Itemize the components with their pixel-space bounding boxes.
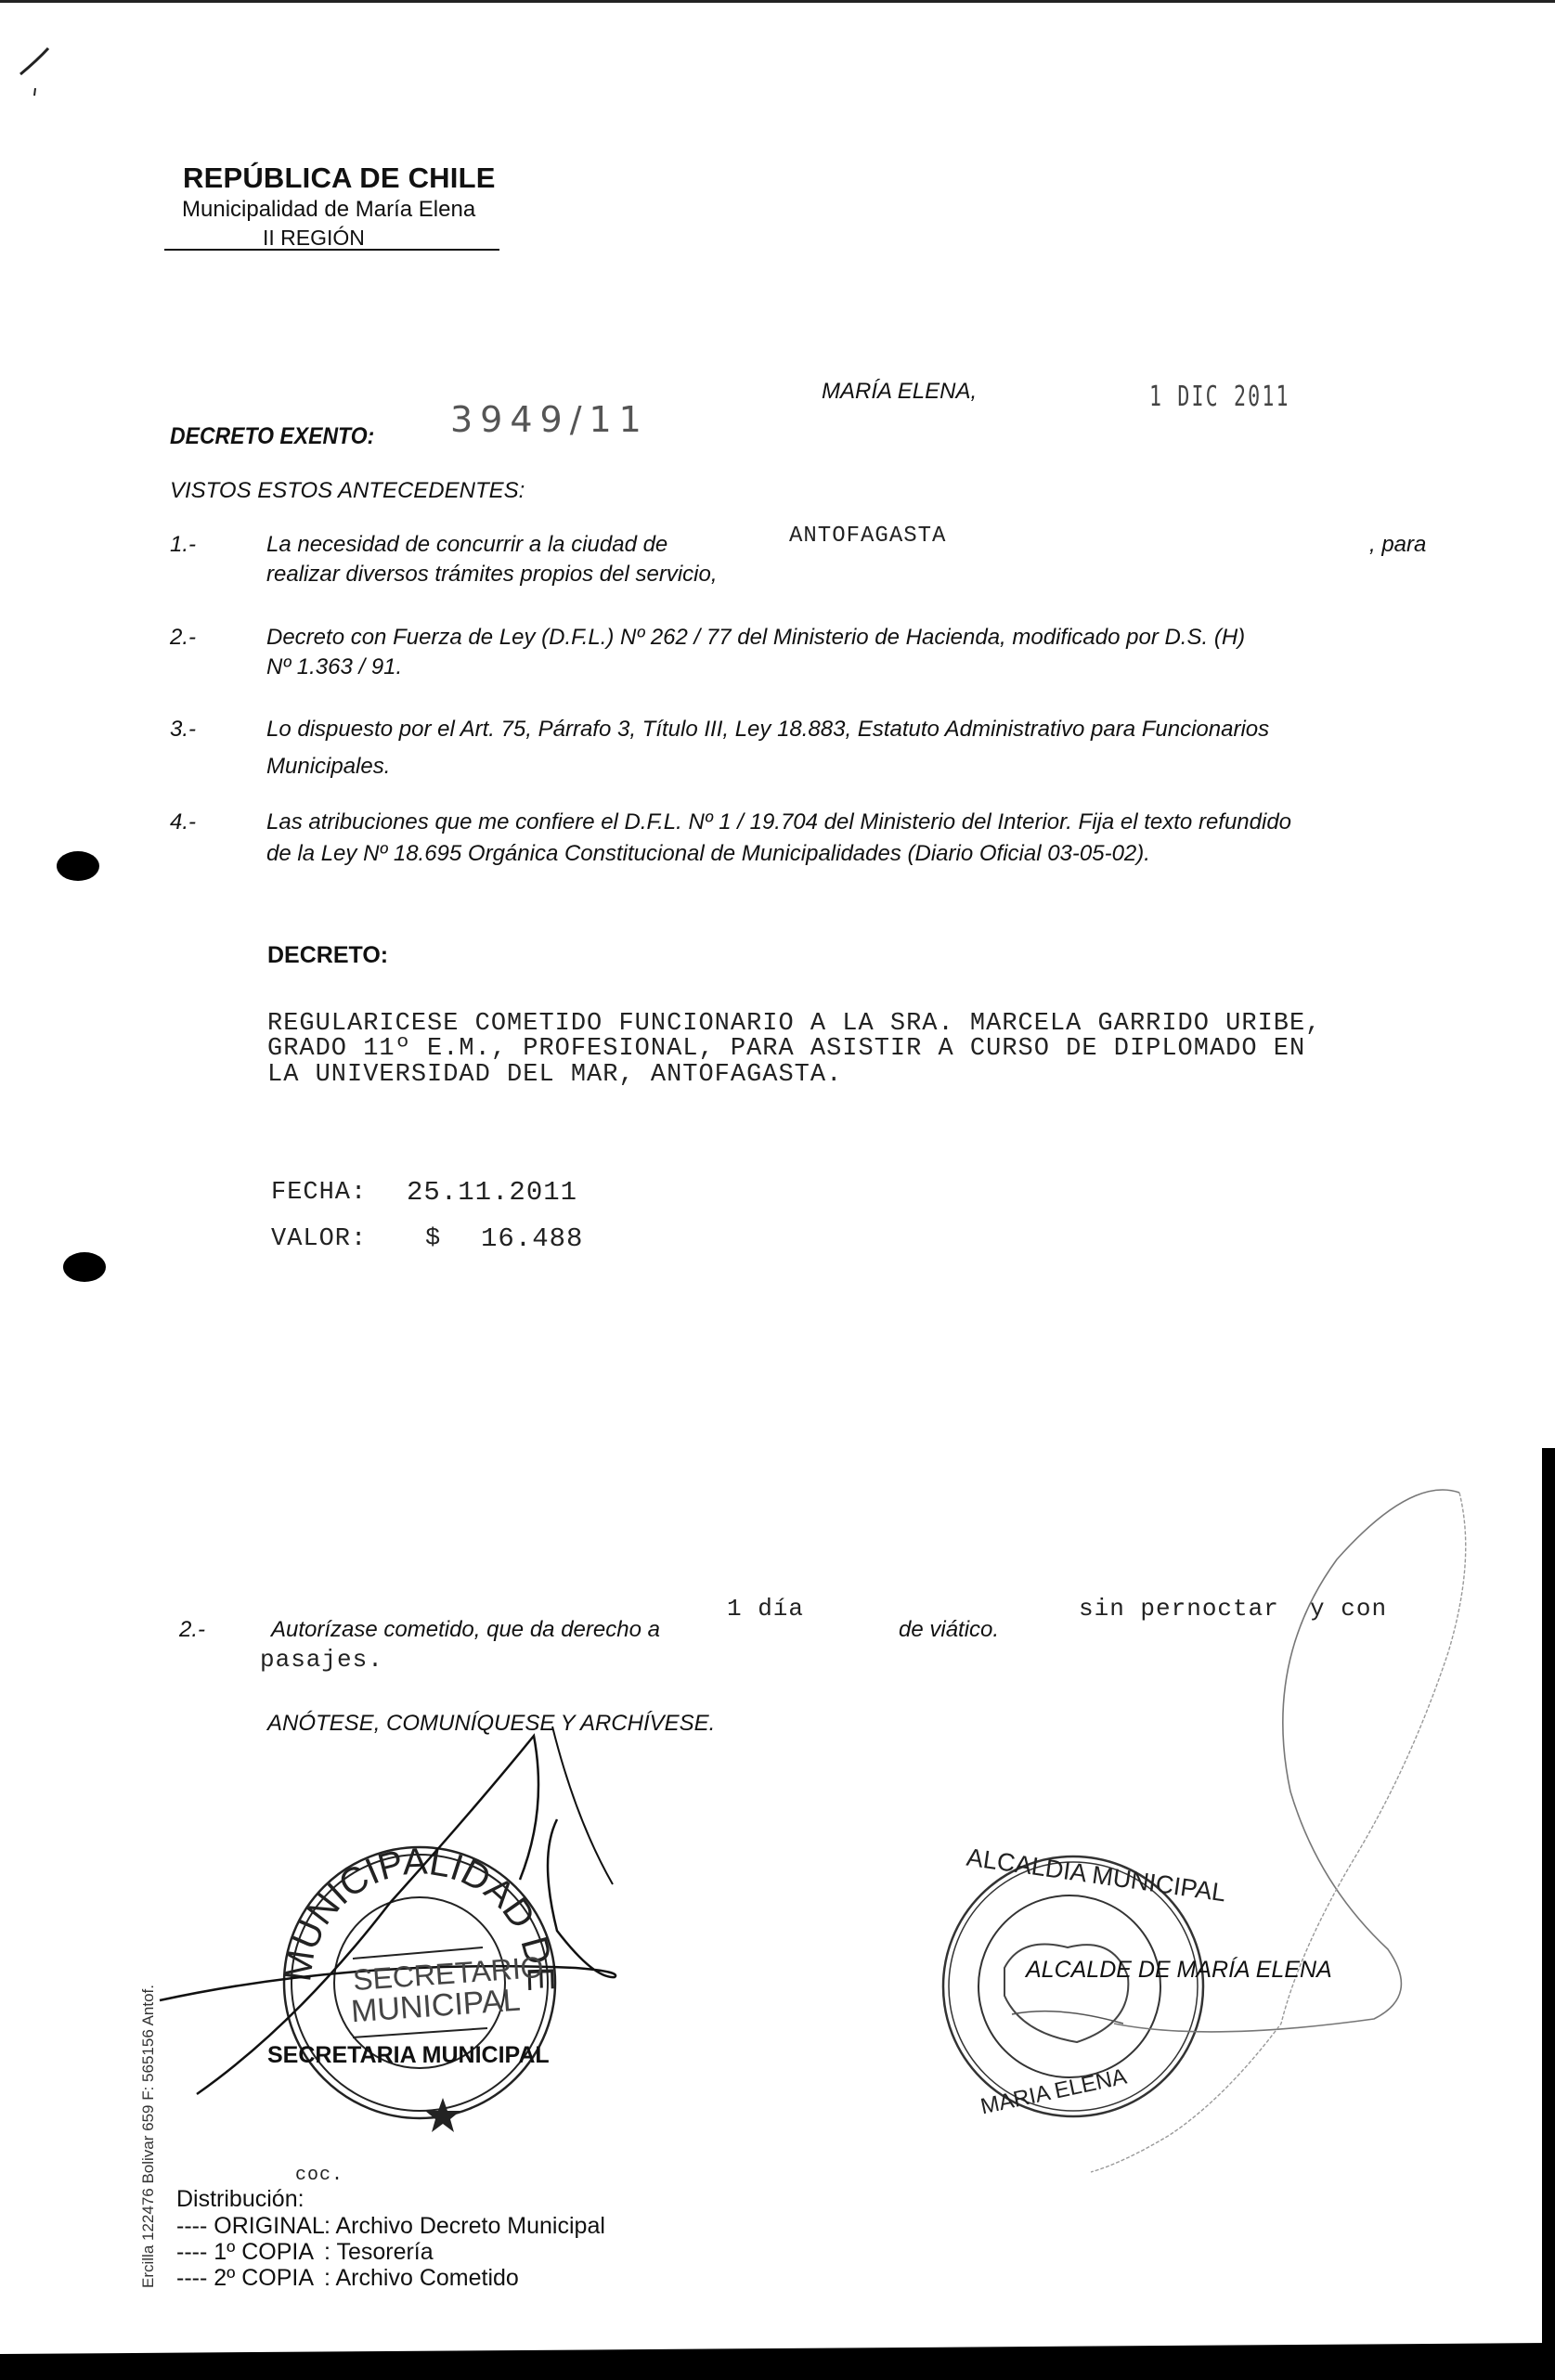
secretary-title: SECRETARIA MUNICIPAL: [267, 2042, 550, 2069]
distribution-dest: : Archivo Decreto Municipal: [324, 2213, 605, 2240]
distribution-dest: : Tesorería: [324, 2239, 434, 2266]
distribution-label: Distribución:: [176, 2186, 305, 2213]
distribution-dest: : Archivo Cometido: [324, 2265, 519, 2292]
secretaria-stamp: MUNICIPALIDAD DE MARIA ELENA: [0, 0, 561, 2132]
distribution-copy: ---- 1º COPIA: [176, 2239, 314, 2266]
distribution-copy: ---- 2º COPIA: [176, 2265, 314, 2292]
mayor-title: ALCALDE DE MARÍA ELENA: [1026, 1957, 1332, 1984]
svg-text:MUNICIPALIDAD DE MARIA ELENA: MUNICIPALIDAD DE MARIA ELENA: [0, 0, 561, 1992]
signatures-stamps: MUNICIPALIDAD DE MARIA ELENA: [0, 0, 1555, 2380]
printer-side-note: Ercilla 122476 Bolivar 659 F: 565156 Ant…: [139, 1985, 158, 2288]
typist-initials: coc.: [295, 2165, 343, 2186]
distribution-copy: ---- ORIGINAL: [176, 2213, 325, 2240]
